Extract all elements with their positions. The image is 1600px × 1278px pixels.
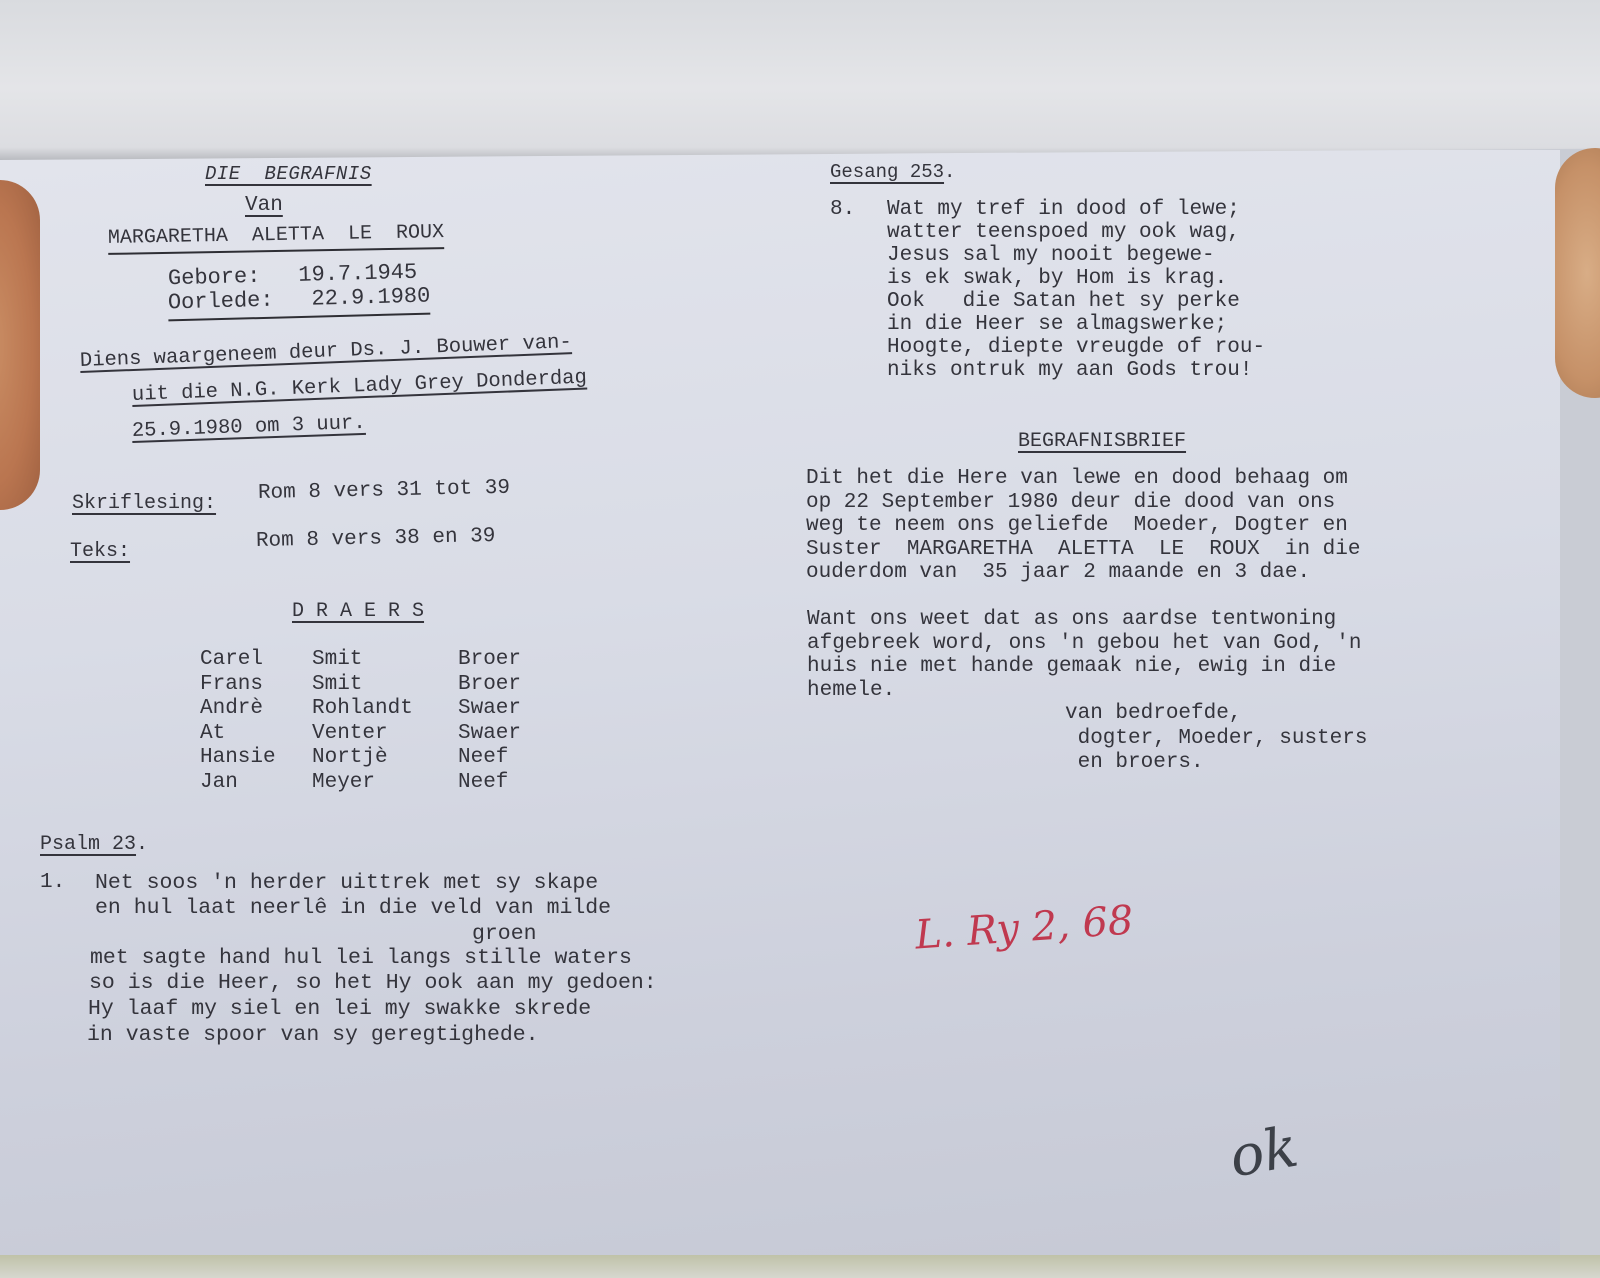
bearer-relation: Neef [458,746,521,771]
letter-line: ouderdom van 35 jaar 2 maande en 3 dae. [806,561,1310,585]
letter-line: Want ons weet dat as ons aardse tentwoni… [807,608,1336,632]
bearer-relation: Broer [458,673,521,698]
deceased-name: MARGARETHA ALETTA LE ROUX [108,221,445,255]
hymn-heading: Gesang 253. [830,160,955,184]
bearer-row: CarelSmitBroer [200,648,521,673]
bearer-surname: Venter [312,722,458,747]
letter-line: Dit het die Here van lewe en dood behaag… [806,467,1348,491]
psalm-line-7: in vaste spoor van sy geregtighede. [87,1023,539,1047]
psalm-line-4: met sagte hand hul lei langs stille wate… [90,946,632,970]
hymn-title: Gesang 253 [830,161,944,183]
bearer-surname: Smit [312,673,458,698]
died-date: 22.9.1980 [311,284,430,312]
psalm-line-1: Net soos 'n herder uittrek met sy skape [95,871,598,895]
bearer-relation: Broer [458,648,521,673]
psalm-heading: Psalm 23. [40,833,148,857]
died-label: Oorlede: [168,288,274,316]
bearer-row: AtVenterSwaer [200,722,521,747]
signature: ok [1225,1115,1303,1191]
bearer-relation: Swaer [458,722,521,747]
letter-line: huis nie met hande gemaak nie, ewig in d… [807,655,1336,679]
left-thumb [0,180,40,510]
signoff-line: dogter, Moeder, susters [1065,727,1367,751]
hymn-line: Hoogte, diepte vreugde of rou- [887,336,1265,360]
hymn-line: Jesus sal my nooit begewe- [887,244,1215,268]
hymn-line: is ek swak, by Hom is krag. [887,267,1227,291]
hymn-line: Ook die Satan het sy perke [887,290,1240,314]
psalm-line-2: en hul laat neerlê in die veld van milde [95,896,611,920]
bearer-first-name: Carel [200,648,312,673]
bearer-first-name: Frans [200,673,312,698]
hymn-line: niks ontruk my aan Gods trou! [887,359,1252,383]
bearer-first-name: Andrè [200,697,312,722]
bearer-surname: Nortjè [312,746,458,771]
bearer-first-name: Jan [200,771,312,796]
born-label: Gebore: [168,264,261,291]
bearer-surname: Meyer [312,771,458,796]
hymn-line: in die Heer se almagswerke; [887,313,1227,337]
hymn-line: Wat my tref in dood of lewe; [887,198,1240,222]
text-label: Teks: [70,540,130,564]
psalm-line-5: so is die Heer, so het Hy ook aan my ged… [89,971,657,995]
letter-line: hemele. [807,679,895,703]
deceased-name-text: MARGARETHA ALETTA LE ROUX [108,221,445,255]
bearer-first-name: At [200,722,312,747]
psalm-line-6: Hy laaf my siel en lei my swakke skrede [88,997,591,1021]
letter-line: afgebreek word, ons 'n gebou het van God… [807,632,1362,656]
bearer-relation: Neef [458,771,521,796]
signoff-line: van bedroefde, [1065,702,1241,726]
psalm-verse-number: 1. [40,871,65,895]
previous-page-curl [0,0,1600,160]
reading-label: Skriflesing: [72,492,216,516]
psalm-title-dot: . [136,833,148,856]
hymn-verse-number: 8. [830,198,855,222]
letter-line: op 22 September 1980 deur die dood van o… [806,491,1335,515]
psalm-line-3: groen [472,922,537,946]
bearers-table: CarelSmitBroerFransSmitBroerAndrèRohland… [200,648,521,795]
hymn-title-dot: . [944,161,955,183]
right-thumb [1555,148,1600,398]
van-label: Van [245,194,283,218]
letter-title: BEGRAFNISBRIEF [1018,430,1186,454]
letter-line: weg te neem ons geliefde Moeder, Dogter … [806,514,1348,538]
letter-line: Suster MARGARETHA ALETTA LE ROUX in die [806,538,1361,562]
bearer-row: JanMeyerNeef [200,771,521,796]
bearers-title: D R A E R S [292,600,424,624]
hymn-line: watter teenspoed my ook wag, [887,221,1240,245]
bearer-surname: Smit [312,648,458,673]
bearer-surname: Rohlandt [312,697,458,722]
signoff-line: en broers. [1065,751,1204,775]
bearer-relation: Swaer [458,697,521,722]
document-title: DIE BEGRAFNIS [205,162,372,186]
bearer-row: FransSmitBroer [200,673,521,698]
bearer-row: HansieNortjèNeef [200,746,521,771]
text-value: Rom 8 vers 38 en 39 [256,525,496,554]
psalm-title: Psalm 23 [40,833,136,856]
bearer-row: AndrèRohlandtSwaer [200,697,521,722]
table-surface [0,1255,1600,1278]
bearer-first-name: Hansie [200,746,312,771]
